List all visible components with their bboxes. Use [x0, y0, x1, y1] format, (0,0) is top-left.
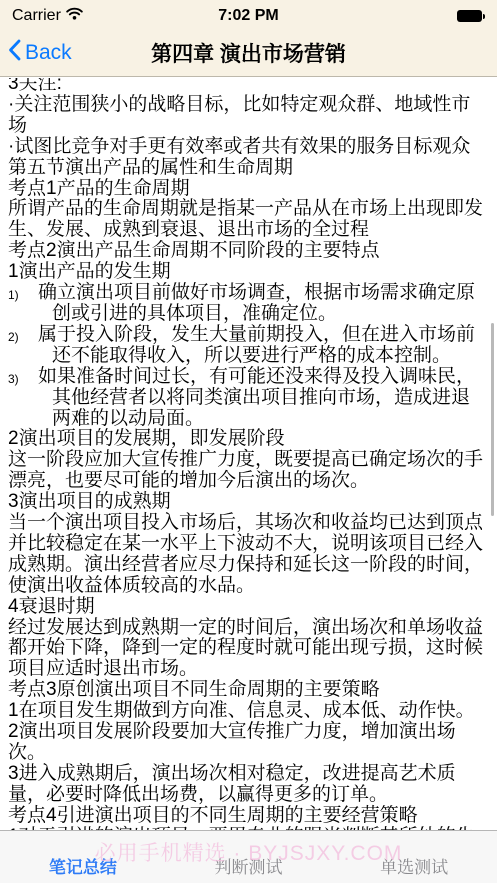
list-item-text: 如果准备时间过长，有可能还没来得及投入调味民，其他经营者以将同类演出项目推向市场…: [38, 366, 475, 429]
tab-label: 单选测试: [380, 853, 448, 878]
list-item-text: 属于投入阶段，发生大量前期投入，但在进入市场前还不能取得收入，所以要进行严格的成…: [38, 324, 475, 366]
battery-icon: [457, 10, 485, 22]
paragraph: 3进入成熟期后，演出场次相对稳定，改进提高艺术质量，必要时降低出场费，以赢得更多…: [8, 764, 485, 806]
tab-label: 判断测试: [215, 853, 283, 878]
tab-notes-summary[interactable]: 笔记总结: [0, 831, 166, 883]
paragraph: 当一个演出项目投入市场后，其场次和收益均已达到顶点并比较稳定在某一水平上下波动不…: [8, 513, 485, 597]
tab-bar: 笔记总结 判断测试 单选测试 必用手机精选 · BYJSJXY.COM: [0, 830, 497, 883]
note-text: 3关注:·关注范围狭小的战略目标，比如特定观众群、地域性市场·试图比竞争对手更有…: [0, 78, 497, 830]
back-button[interactable]: Back: [0, 35, 82, 71]
paragraph: ·关注范围狭小的战略目标，比如特定观众群、地域性市场: [8, 95, 485, 137]
paragraph: ·试图比竞争对手更有效率或者共有效果的服务目标观众: [8, 137, 485, 158]
tab-single-choice-test[interactable]: 单选测试: [331, 831, 497, 883]
scrollbar[interactable]: [491, 323, 494, 516]
paragraph: 这一阶段应加大宣传推广力度，既要提高已确定场次的手漂亮，也要尽可能的增加今后演出…: [8, 450, 485, 492]
navigation-bar: Back 第四章 演出市场营销: [0, 30, 497, 77]
list-marker: 3): [8, 370, 30, 388]
tab-label: 笔记总结: [49, 853, 117, 878]
list-marker: 1): [8, 286, 30, 304]
list-item: 3)如果准备时间过长，有可能还没来得及投入调味民，其他经营者以将同类演出项目推向…: [8, 367, 485, 430]
paragraph: 1演出产品的发生期: [8, 262, 485, 283]
list-item-text: 确立演出项目前做好市场调查，根据市场需求确定原创或引进的具体项目，准确定位。: [38, 282, 475, 324]
paragraph: 4衰退时期: [8, 597, 485, 618]
wifi-icon: [66, 7, 83, 25]
back-label: Back: [25, 41, 72, 65]
paragraph: 考点3原创演出项目不同生命周期的主要策略: [8, 680, 485, 701]
paragraph: 考点4引进演出项目的不同生周期的主要经营策略: [8, 806, 485, 827]
tab-judgment-test[interactable]: 判断测试: [166, 831, 332, 883]
paragraph: 2演出项目的发展期，即发展阶段: [8, 429, 485, 450]
paragraph: 3演出项目的成熟期: [8, 492, 485, 513]
list-item: 2)属于投入阶段，发生大量前期投入，但在进入市场前还不能取得收入，所以要进行严格…: [8, 325, 485, 367]
paragraph: 3关注:: [8, 78, 485, 95]
paragraph: 第五节演出产品的属性和生命周期: [8, 158, 485, 179]
paragraph: 考点2演出产品生命周期不同阶段的主要特点: [8, 241, 485, 262]
chevron-left-icon: [8, 39, 21, 67]
note-scroll-view[interactable]: 3关注:·关注范围狭小的战略目标，比如特定观众群、地域性市场·试图比竞争对手更有…: [0, 78, 497, 830]
paragraph: 2演出项目发展阶段要加大宣传推广力度，增加演出场次。: [8, 722, 485, 764]
carrier-label: Carrier: [12, 7, 61, 25]
list-marker: 2): [8, 328, 30, 346]
status-bar: Carrier 7:02 PM: [0, 0, 497, 30]
paragraph: 所谓产品的生命周期就是指某一产品从在市场上出现即发生、发展、成熟到衰退、退出市场…: [8, 199, 485, 241]
paragraph: 经过发展达到成熟期一定的时间后，演出场次和单场收益都开始下降，降到一定的程度时就…: [8, 618, 485, 681]
paragraph: 1在项目发生期做到方向准、信息灵、成本低、动作快。: [8, 701, 485, 722]
list-item: 1)确立演出项目前做好市场调查，根据市场需求确定原创或引进的具体项目，准确定位。: [8, 283, 485, 325]
paragraph: 考点1产品的生命周期: [8, 179, 485, 200]
